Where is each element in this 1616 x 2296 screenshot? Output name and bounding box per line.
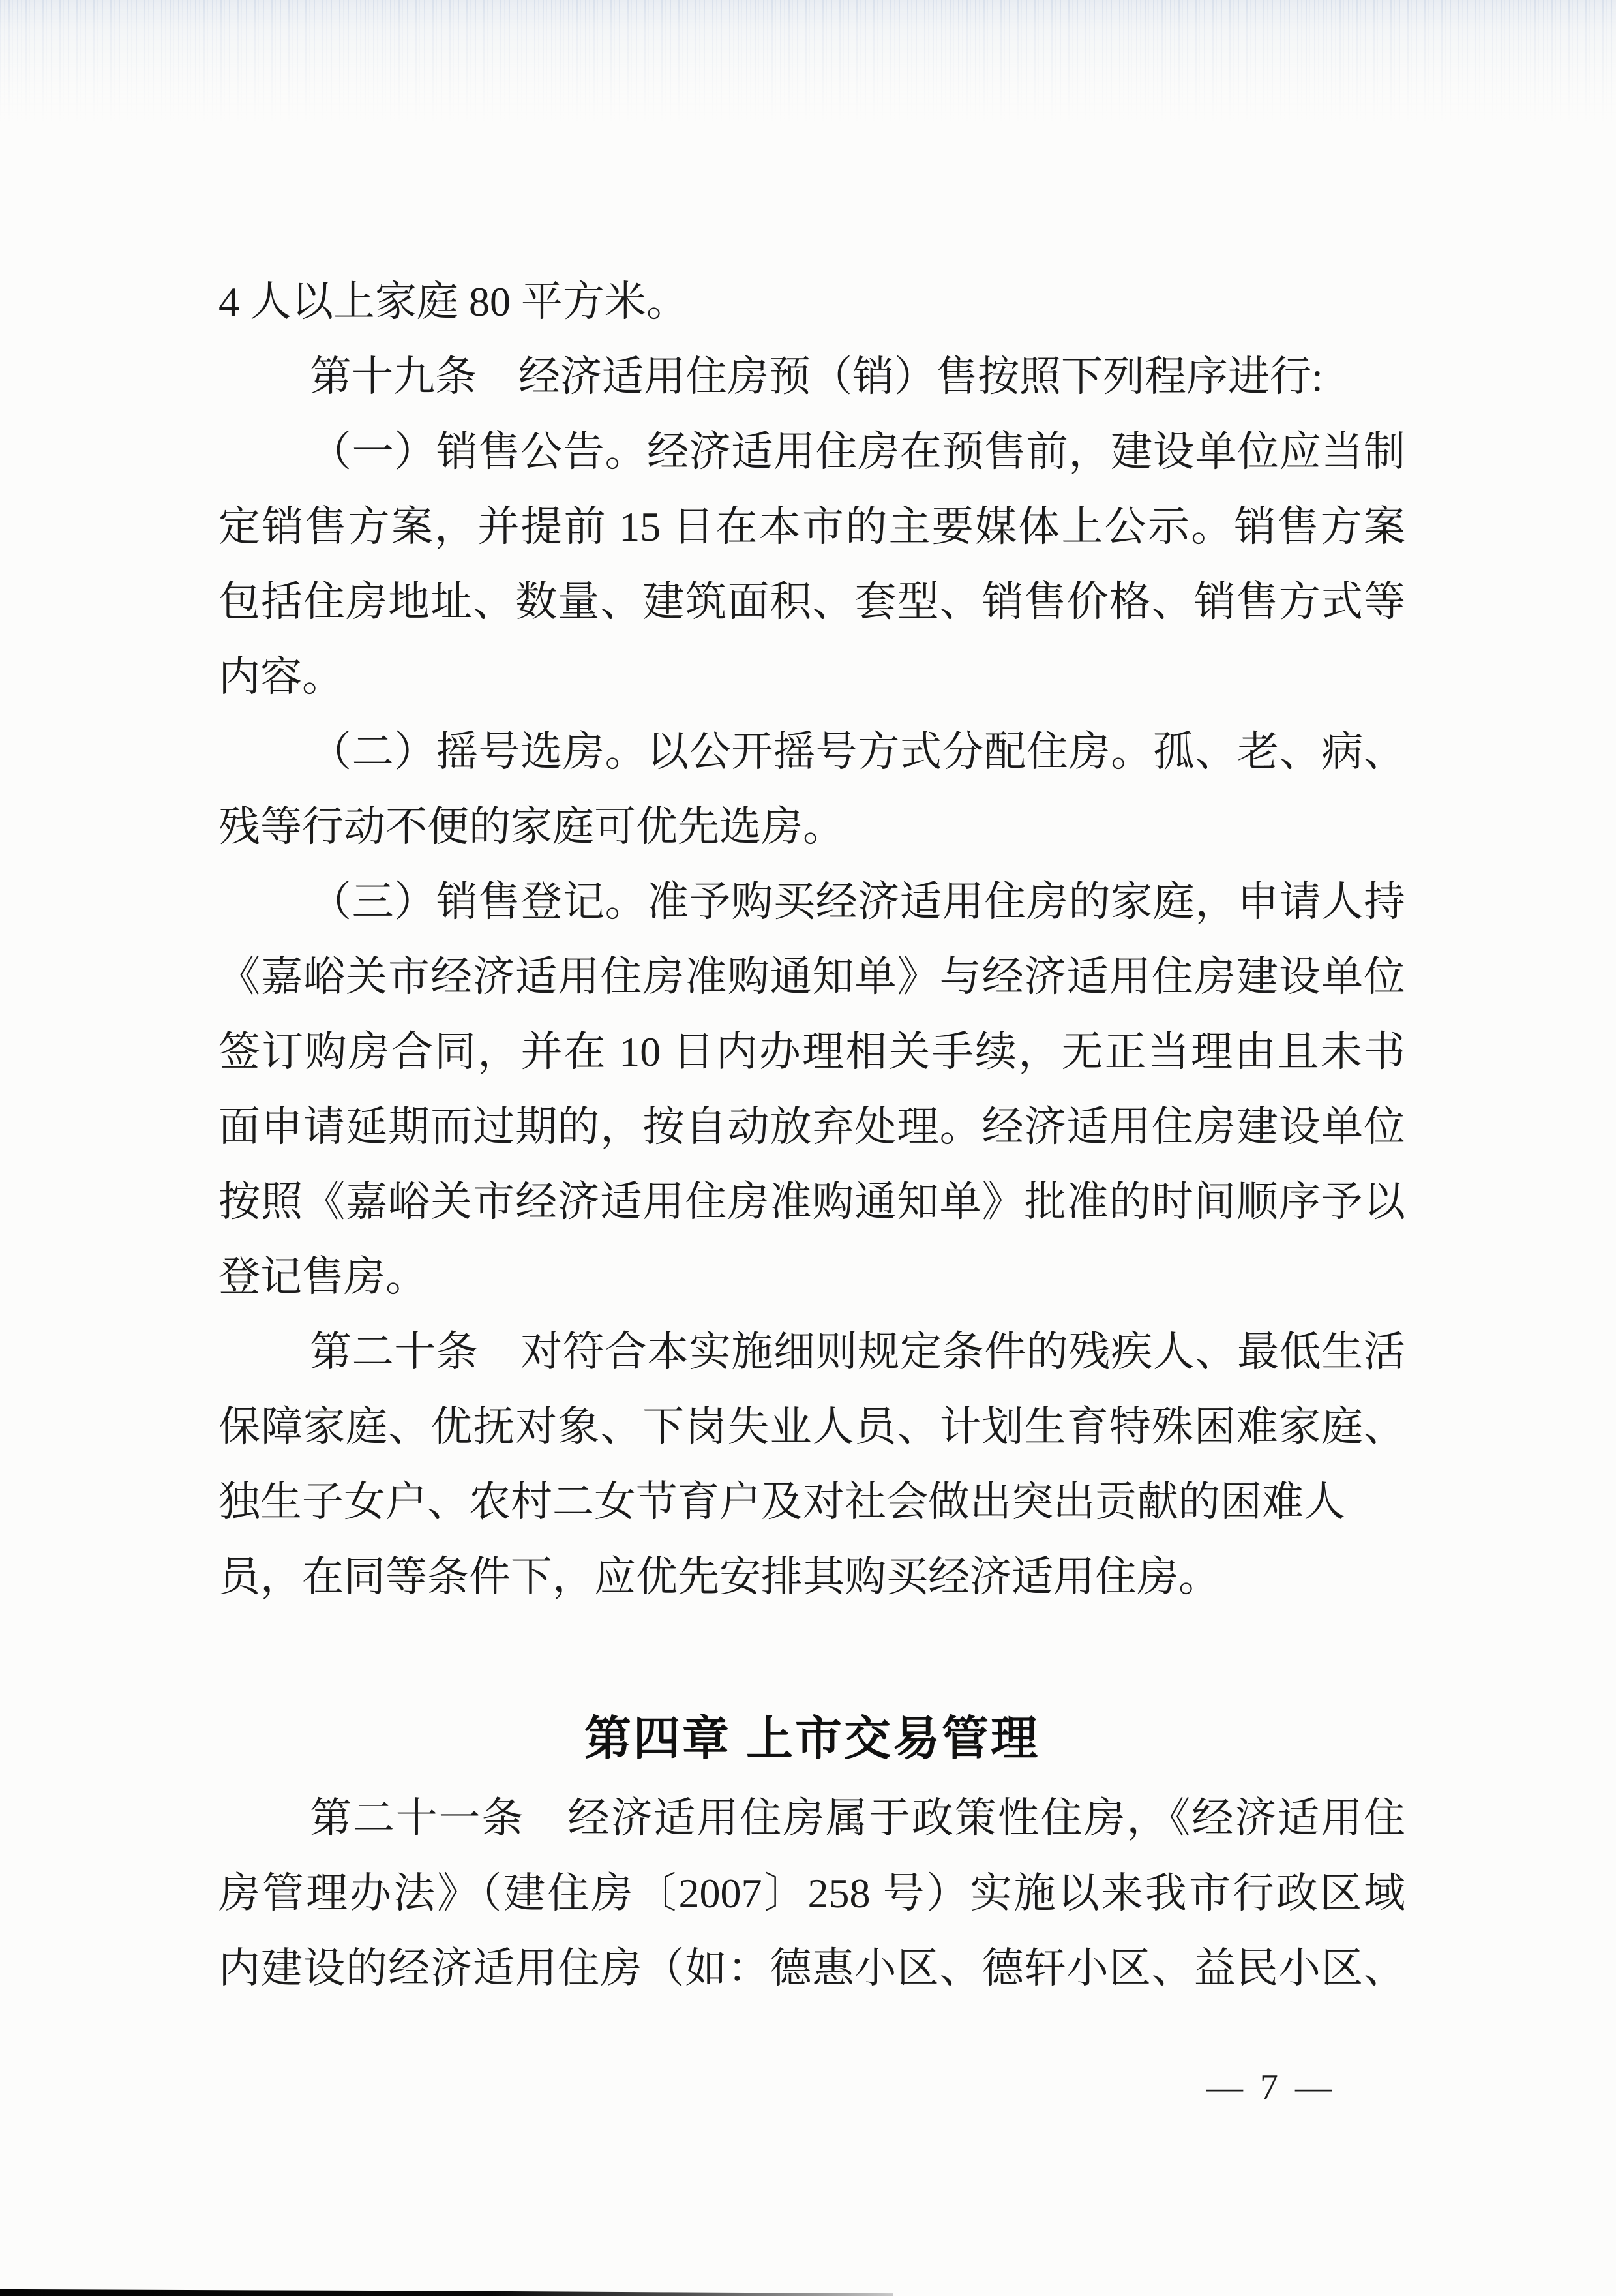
- document-text-line: （三）销售登记。准予购买经济适用住房的家庭，申请人持: [218, 864, 1405, 939]
- document-text-line: 登记售房。: [218, 1239, 1405, 1314]
- document-text-line: 包括住房地址、数量、建筑面积、套型、销售价格、销售方式等: [218, 564, 1405, 639]
- scan-artifact-bottom-line: [0, 2287, 893, 2296]
- document-text-line: 第十九条 经济适用住房预（销）售按照下列程序进行:: [218, 339, 1405, 414]
- document-text-line: 内容。: [218, 639, 1405, 714]
- scan-noise-top-artifact: [0, 0, 1616, 124]
- document-content: 4 人以上家庭 80 平方米。第十九条 经济适用住房预（销）售按照下列程序进行:…: [218, 264, 1405, 2006]
- document-text-line: 保障家庭、优抚对象、下岗失业人员、计划生育特殊困难家庭、: [218, 1389, 1405, 1464]
- document-text-line: 4 人以上家庭 80 平方米。: [218, 264, 1405, 339]
- document-text-line: （二）摇号选房。以公开摇号方式分配住房。孤、老、病、: [218, 714, 1405, 789]
- document-body-top: 4 人以上家庭 80 平方米。第十九条 经济适用住房预（销）售按照下列程序进行:…: [218, 264, 1405, 1614]
- document-text-line: 第二十条 对符合本实施细则规定条件的残疾人、最低生活: [218, 1314, 1405, 1389]
- document-text-line: 定销售方案，并提前 15 日在本市的主要媒体上公示。销售方案: [218, 489, 1405, 564]
- document-page: 4 人以上家庭 80 平方米。第十九条 经济适用住房预（销）售按照下列程序进行:…: [0, 0, 1616, 2296]
- document-text-line: 面申请延期而过期的，按自动放弃处理。经济适用住房建设单位: [218, 1089, 1405, 1164]
- document-text-line: 独生子女户、农村二女节育户及对社会做出突出贡献的困难人: [218, 1464, 1405, 1539]
- document-text-line: 签订购房合同，并在 10 日内办理相关手续，无正当理由且未书: [218, 1014, 1405, 1089]
- chapter-heading: 第四章 上市交易管理: [218, 1702, 1405, 1777]
- document-text-line: 房管理办法》（建住房〔2007〕258 号）实施以来我市行政区域: [218, 1856, 1405, 1931]
- document-text-line: 《嘉峪关市经济适用住房准购通知单》与经济适用住房建设单位: [218, 939, 1405, 1014]
- document-text-line: 第二十一条 经济适用住房属于政策性住房，《经济适用住: [218, 1781, 1405, 1856]
- document-text-line: 残等行动不便的家庭可优先选房。: [218, 789, 1405, 864]
- document-text-line: 员，在同等条件下，应优先安排其购买经济适用住房。: [218, 1539, 1405, 1614]
- document-text-line: （一）销售公告。经济适用住房在预售前，建设单位应当制: [218, 414, 1405, 489]
- page-number: — 7 —: [1206, 2068, 1336, 2107]
- document-text-line: 按照《嘉峪关市经济适用住房准购通知单》批准的时间顺序予以: [218, 1164, 1405, 1239]
- document-body-bottom: 第二十一条 经济适用住房属于政策性住房，《经济适用住房管理办法》（建住房〔200…: [218, 1781, 1405, 2006]
- document-text-line: 内建设的经济适用住房（如：德惠小区、德轩小区、益民小区、: [218, 1931, 1405, 2006]
